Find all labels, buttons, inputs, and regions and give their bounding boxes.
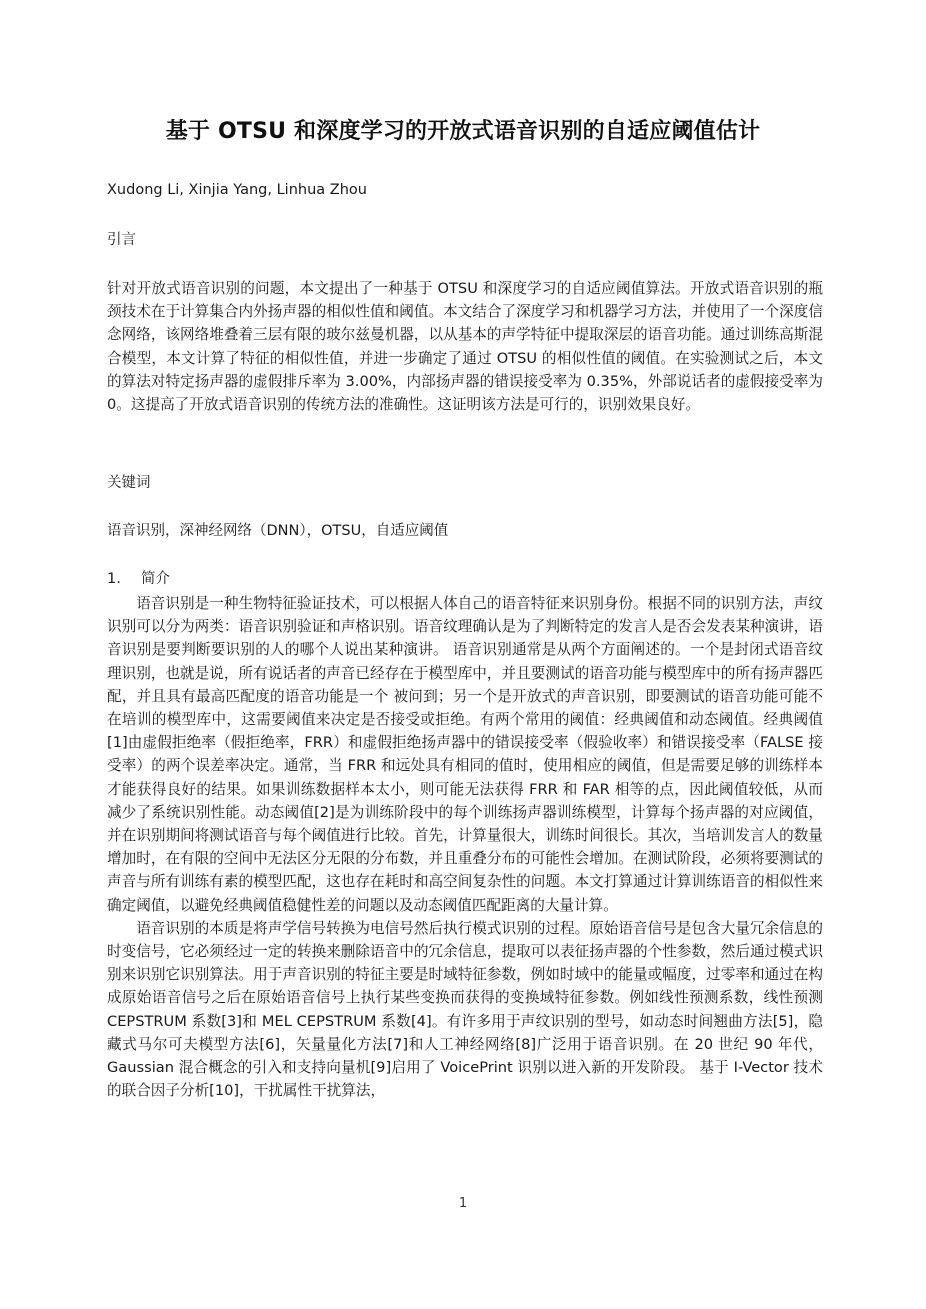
authors: Xudong Li, Xinjia Yang, Linhua Zhou [107, 179, 367, 202]
document-page: 基于 OTSU 和深度学习的开放式语音识别的自适应阈值估计 Xudong Li,… [0, 0, 926, 1309]
abstract-text: 针对开放式语音识别的问题，本文提出了一种基于 OTSU 和深度学习的自适应阈值算… [107, 277, 823, 416]
abstract-heading: 引言 [107, 229, 136, 252]
section-title: 简介 [141, 571, 170, 587]
paragraph: 语音识别是一种生物特征验证技术，可以根据人体自己的语音特征来识别身份。根据不同的… [107, 592, 823, 917]
keywords-heading: 关键词 [107, 472, 151, 495]
keywords: 语音识别，深神经网络（DNN），OTSU，自适应阈值 [107, 520, 448, 543]
paragraph: 语音识别的本质是将声学信号转换为电信号然后执行模式识别的过程。原始语音信号是包含… [107, 917, 823, 1103]
section-number: 1. [107, 568, 141, 591]
abstract-body: 针对开放式语音识别的问题，本文提出了一种基于 OTSU 和深度学习的自适应阈值算… [107, 277, 823, 416]
section-body: 语音识别是一种生物特征验证技术，可以根据人体自己的语音特征来识别身份。根据不同的… [107, 592, 823, 1102]
page-number: 1 [0, 1196, 926, 1211]
paper-title: 基于 OTSU 和深度学习的开放式语音识别的自适应阈值估计 [0, 114, 926, 145]
section-heading: 1.简介 [107, 568, 170, 591]
